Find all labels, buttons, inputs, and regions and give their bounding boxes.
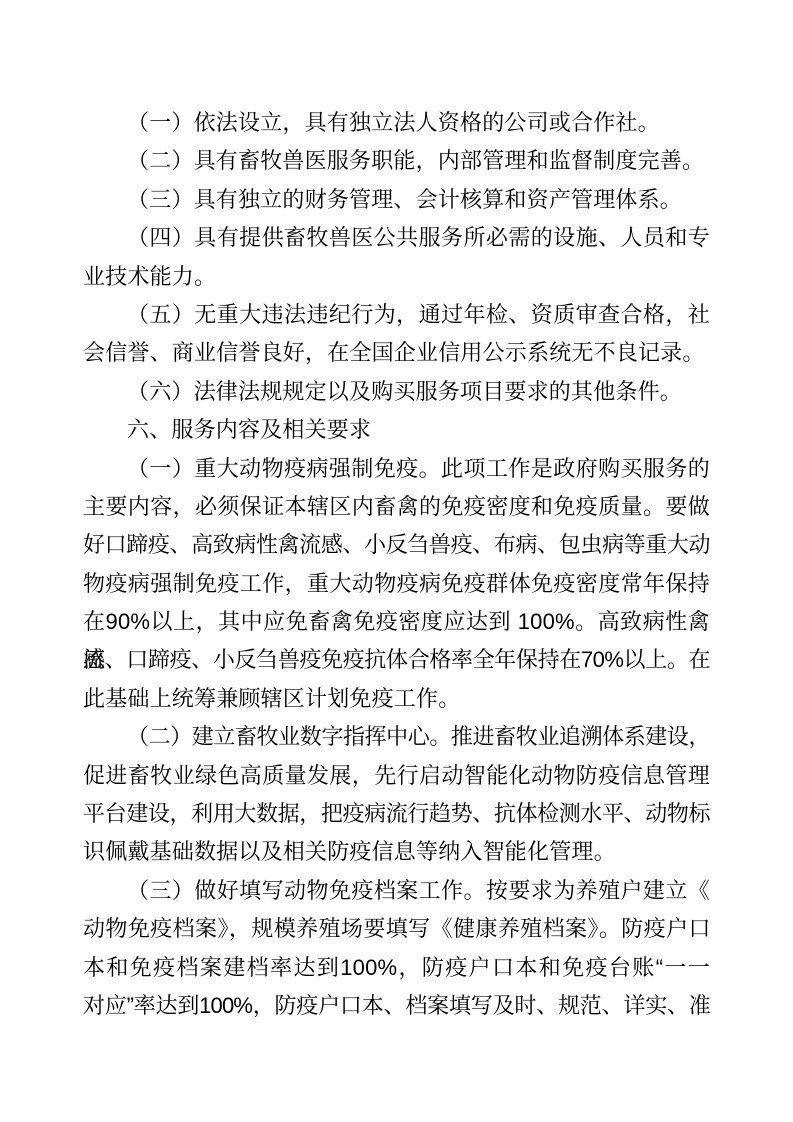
text-line: 促进畜牧业绿色高质量发展，先行启动智能化动物防疫信息管理 (83, 757, 710, 795)
text-line: 主要内容，必须保证本辖区内畜禽的免疫密度和免疫质量。要做 (83, 488, 710, 526)
text-line: 识佩戴基础数据以及相关防疫信息等纳入智能化管理。 (83, 833, 710, 871)
text-line: （一）重大动物疫病强制免疫。此项工作是政府购买服务的 (83, 450, 710, 488)
text-line: 平台建设，利用大数据，把疫病流行趋势、抗体检测水平、动物标 (83, 795, 710, 833)
text-line: （五）无重大违法违纪行为，通过年检、资质审查合格，社 (83, 296, 710, 334)
text-line: 物疫病强制免疫工作，重大动物疫病免疫群体免疫密度常年保持 (83, 565, 710, 603)
text-line: 业技术能力。 (83, 258, 710, 296)
text-line: 好口蹄疫、高致病性禽流感、小反刍兽疫、布病、包虫病等重大动 (83, 526, 710, 564)
text-line: 感、口蹄疫、小反刍兽疫免疫抗体合格率全年保持在70%以上。在 (83, 641, 710, 679)
text-line: （四）具有提供畜牧兽医公共服务所必需的设施、人员和专 (83, 219, 710, 257)
text-line: （二）具有畜牧兽医服务职能，内部管理和监督制度完善。 (83, 142, 710, 180)
document-page: （一）依法设立，具有独立法人资格的公司或合作社。 （二）具有畜牧兽医服务职能，内… (0, 0, 793, 1122)
text-line: 对应”率达到100%，防疫户口本、档案填写及时、规范、详实、准 (83, 987, 710, 1025)
text-line: 本和免疫档案建档率达到100%，防疫户口本和免疫台账“一一 (83, 949, 710, 987)
text-line: 在90%以上，其中应免畜禽免疫密度应达到 100%。高致病性禽流 (83, 603, 710, 641)
text-line: 会信誉、商业信誉良好，在全国企业信用公示系统无不良记录。 (83, 334, 710, 372)
text-line: 此基础上统筹兼顾辖区计划免疫工作。 (83, 680, 710, 718)
text-line: （三）具有独立的财务管理、会计核算和资产管理体系。 (83, 181, 710, 219)
text-line: （三）做好填写动物免疫档案工作。按要求为养殖户建立《 (83, 872, 710, 910)
section-heading: 六、服务内容及相关要求 (83, 411, 710, 449)
page-body: （一）依法设立，具有独立法人资格的公司或合作社。 （二）具有畜牧兽医服务职能，内… (83, 104, 710, 1025)
text-line: （二）建立畜牧业数字指挥中心。推进畜牧业追溯体系建设， (83, 718, 710, 756)
text-line: （六）法律法规规定以及购买服务项目要求的其他条件。 (83, 373, 710, 411)
text-line: （一）依法设立，具有独立法人资格的公司或合作社。 (83, 104, 710, 142)
text-line: 动物免疫档案》，规模养殖场要填写《健康养殖档案》。防疫户口 (83, 910, 710, 948)
